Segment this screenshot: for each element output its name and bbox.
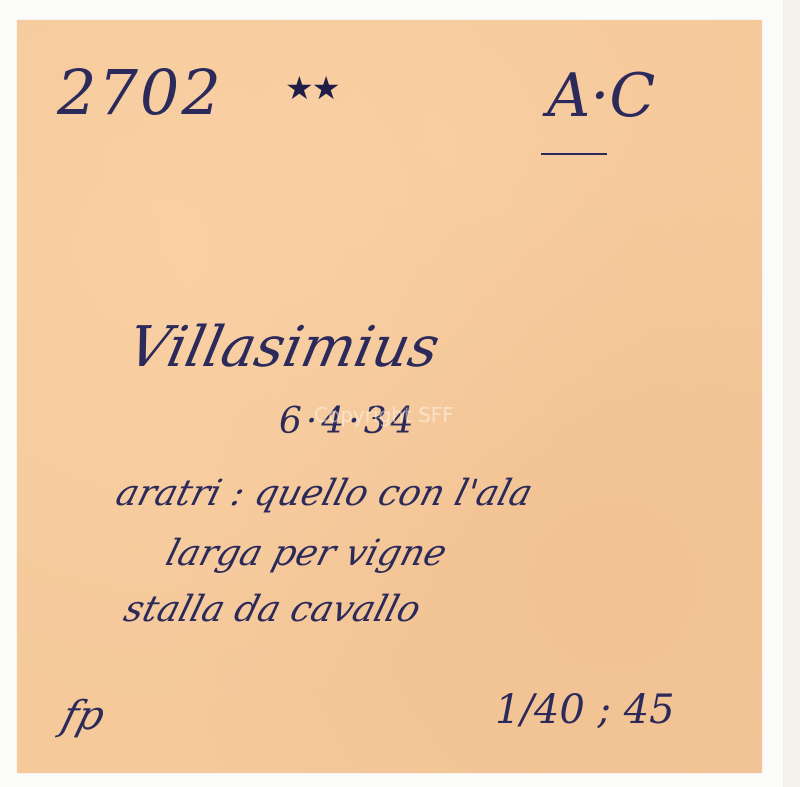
note-line: aratri : quello con l'ala <box>112 476 536 512</box>
classification-underline <box>541 153 607 155</box>
copyright-watermark: Copyright SFF <box>314 403 454 427</box>
note-line: stalla da cavallo <box>120 592 424 628</box>
place-name: Villasimius <box>123 320 444 376</box>
reference-code: 1/40 ; 45 <box>495 690 675 730</box>
classification-code: A·C <box>547 66 655 126</box>
catalog-number: 2702 <box>57 62 223 124</box>
index-card: 2702 ★★ A·C Villasimius 6·4·34 aratri : … <box>17 20 762 773</box>
note-line: larga per vigne <box>162 536 450 572</box>
star-icons: ★★ <box>285 72 338 104</box>
author-initials: fp <box>58 696 109 736</box>
background-edge <box>783 0 800 787</box>
